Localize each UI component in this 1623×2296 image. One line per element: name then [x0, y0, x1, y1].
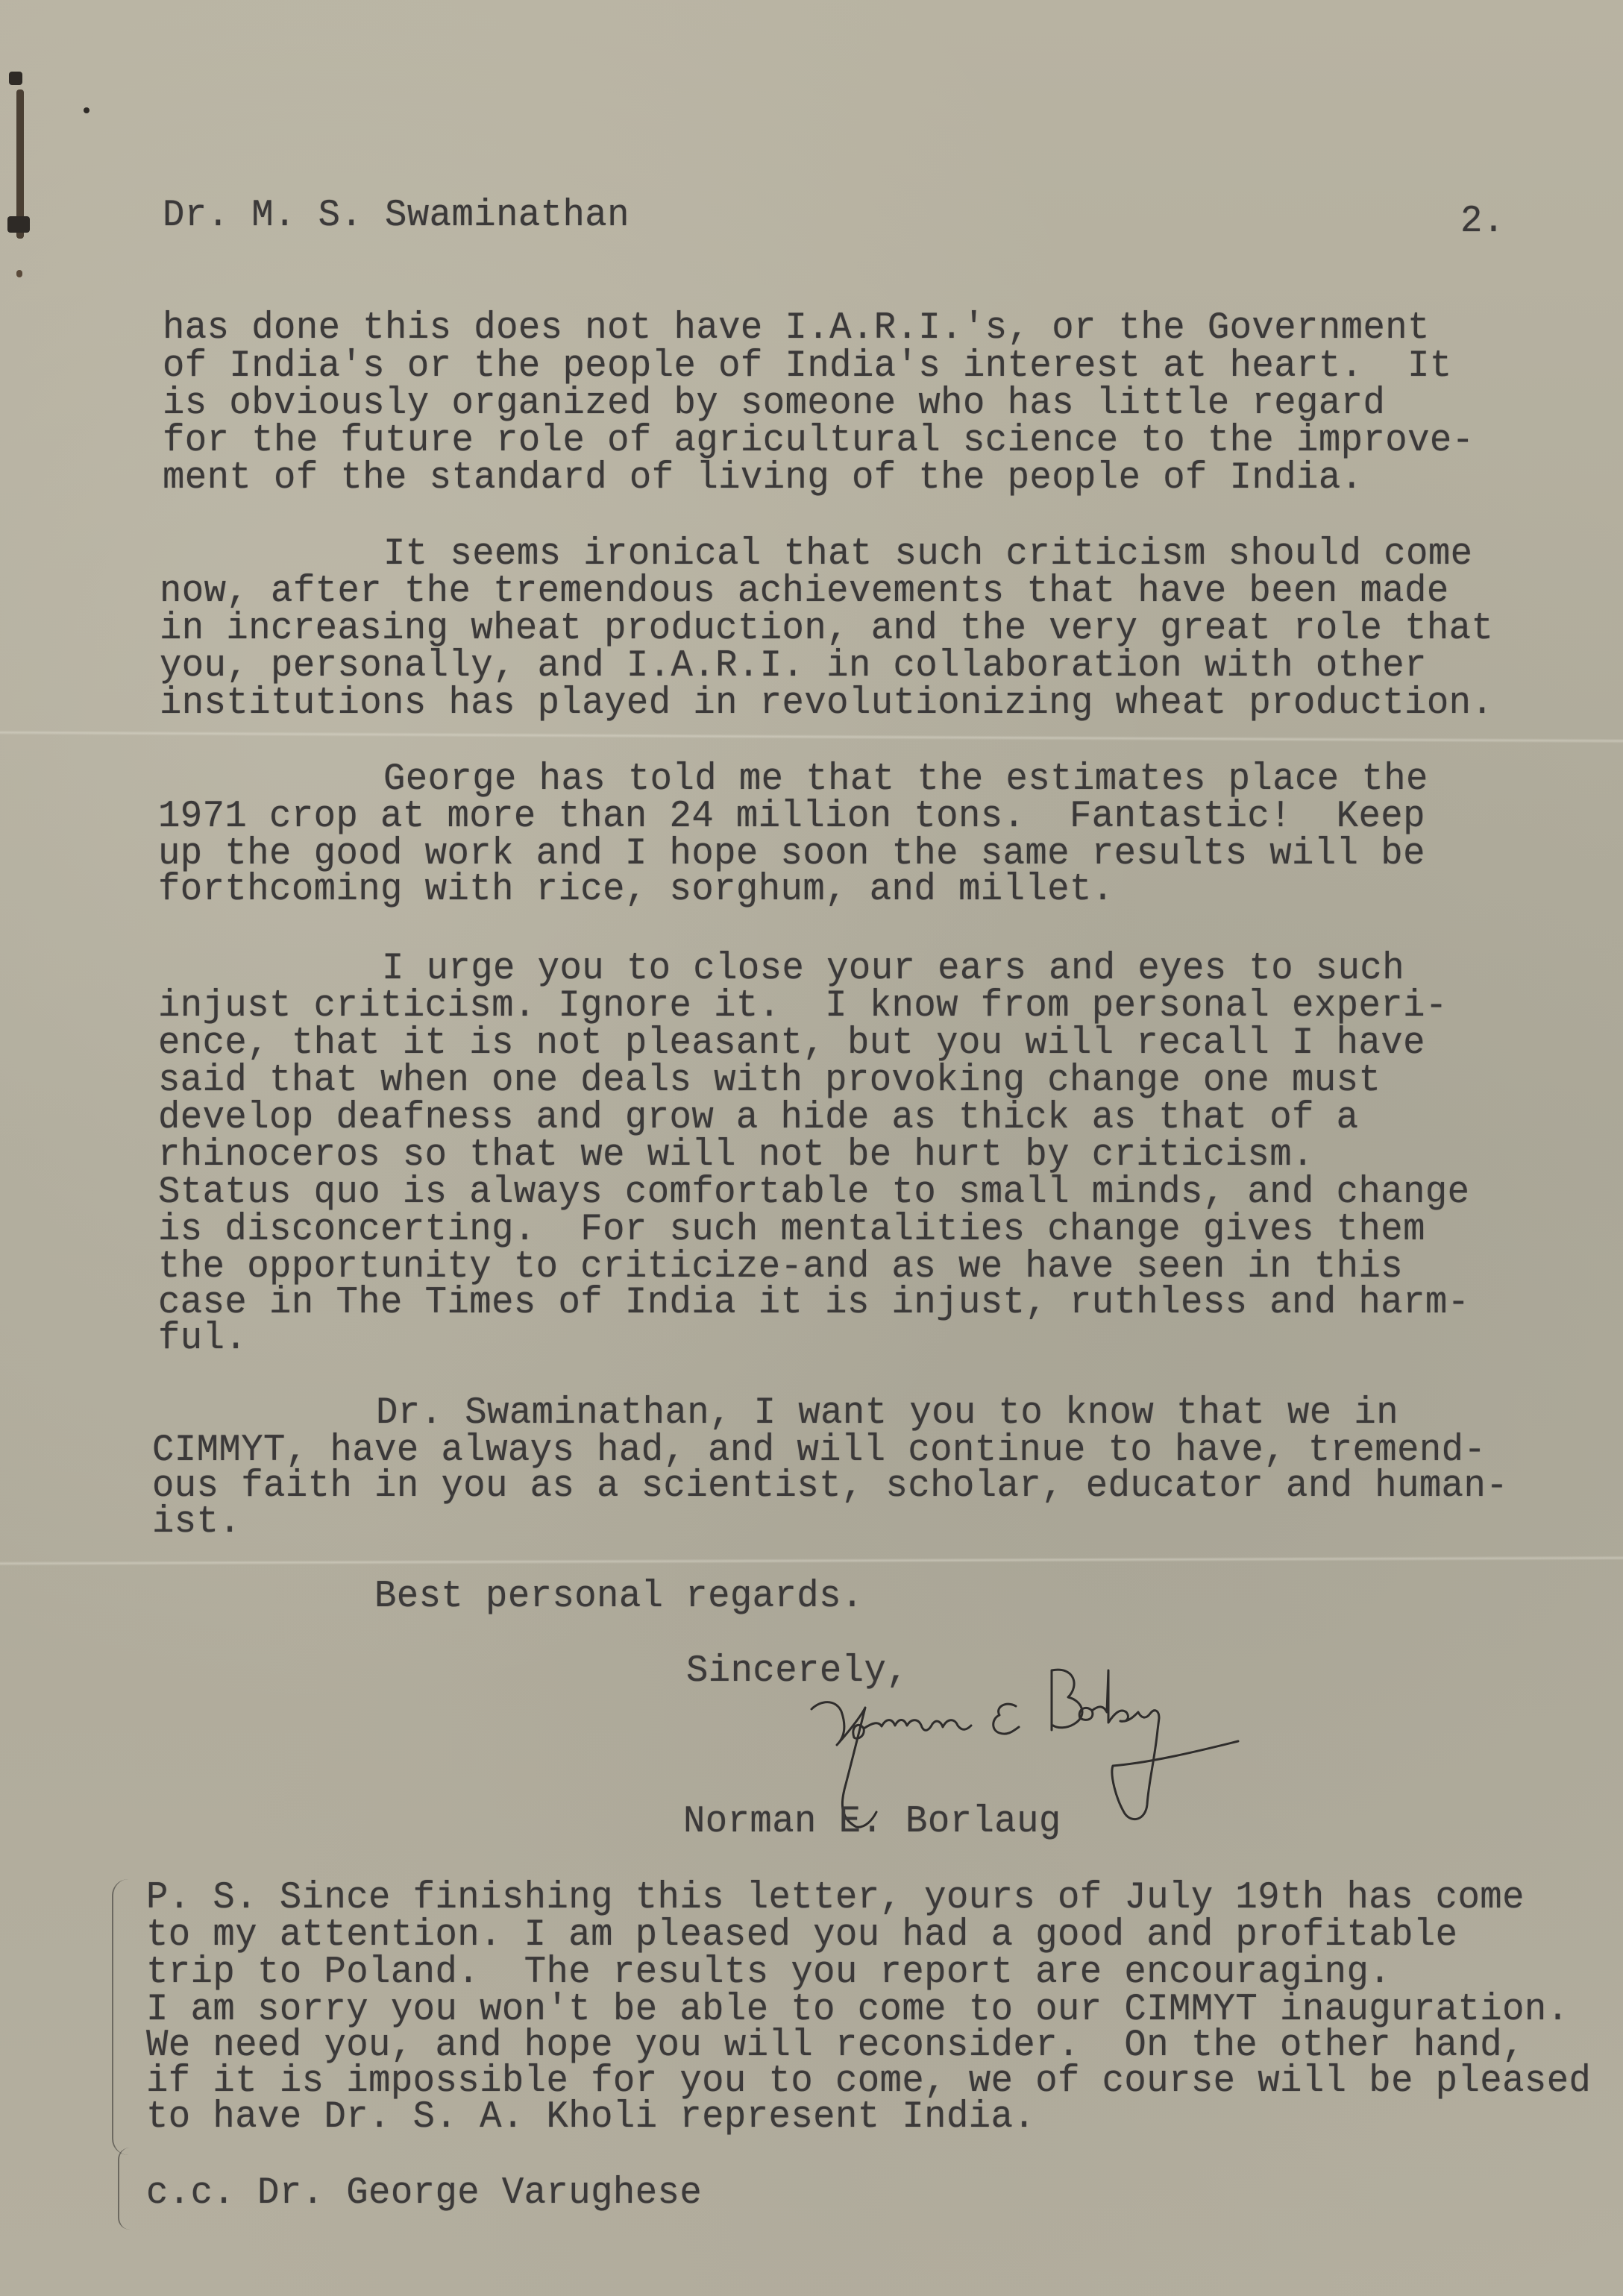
body-line: develop deafness and grow a hide as thic…: [158, 1098, 1358, 1137]
handwritten-margin-bracket: [112, 1879, 128, 2155]
body-line: for the future role of agricultural scie…: [163, 421, 1474, 460]
paper-fold-crease: [0, 730, 1623, 743]
body-line: injust criticism. Ignore it. I know from…: [158, 986, 1448, 1025]
body-line: has done this does not have I.A.R.I.'s, …: [163, 308, 1430, 347]
body-line: is obviously organized by someone who ha…: [163, 383, 1385, 423]
page-header-recipient: Dr. M. S. Swaminathan: [163, 195, 630, 235]
margin-stain-mark: [84, 107, 90, 113]
handwritten-margin-bracket: [118, 2148, 130, 2230]
body-line: ful.: [158, 1318, 247, 1358]
body-line: of India's or the people of India's inte…: [163, 346, 1452, 386]
body-line: It seems ironical that such criticism sh…: [383, 534, 1472, 573]
body-line: now, after the tremendous achievements t…: [160, 571, 1449, 611]
body-line: ence, that it is not pleasant, but you w…: [158, 1023, 1425, 1063]
body-line: ist.: [152, 1502, 241, 1541]
body-line: institutions has played in revolutionizi…: [160, 683, 1493, 723]
body-line: George has told me that the estimates pl…: [383, 759, 1428, 799]
postscript-line: to have Dr. S. A. Kholi represent India.: [146, 2097, 1035, 2136]
body-line: you, personally, and I.A.R.I. in collabo…: [160, 646, 1427, 685]
margin-stain-mark: [7, 216, 30, 233]
postscript-line: trip to Poland. The results you report a…: [146, 1952, 1391, 1992]
margin-stain-mark: [9, 72, 22, 85]
body-line: ment of the standard of living of the pe…: [163, 458, 1363, 497]
body-line: ous faith in you as a scientist, scholar…: [152, 1466, 1508, 1506]
cc-line: c.c. Dr. George Varughese: [146, 2173, 702, 2212]
body-line: case in The Times of India it is injust,…: [158, 1283, 1469, 1322]
body-line: I urge you to close your ears and eyes t…: [382, 949, 1404, 988]
body-line: rhinoceros so that we will not be hurt b…: [158, 1135, 1314, 1174]
body-line: Status quo is always comfortable to smal…: [158, 1172, 1469, 1212]
body-line: Dr. Swaminathan, I want you to know that…: [376, 1393, 1398, 1432]
closing-regards: Best personal regards.: [374, 1576, 864, 1616]
body-line: in increasing wheat production, and the …: [160, 608, 1493, 648]
margin-stain-mark: [16, 270, 22, 277]
page-number: 2.: [1460, 201, 1505, 241]
body-line: forthcoming with rice, sorghum, and mill…: [158, 869, 1114, 909]
paper-fold-crease: [0, 1556, 1623, 1566]
body-line: is disconcerting. For such mentalities c…: [158, 1210, 1425, 1249]
signer-name: Norman E. Borlaug: [683, 1802, 1061, 1841]
body-line: 1971 crop at more than 24 million tons. …: [158, 796, 1425, 836]
postscript-line: to my attention. I am pleased you had a …: [146, 1915, 1457, 1954]
postscript-line: P. S. Since finishing this letter, yours…: [146, 1878, 1525, 1917]
body-line: said that when one deals with provoking …: [158, 1060, 1381, 1100]
